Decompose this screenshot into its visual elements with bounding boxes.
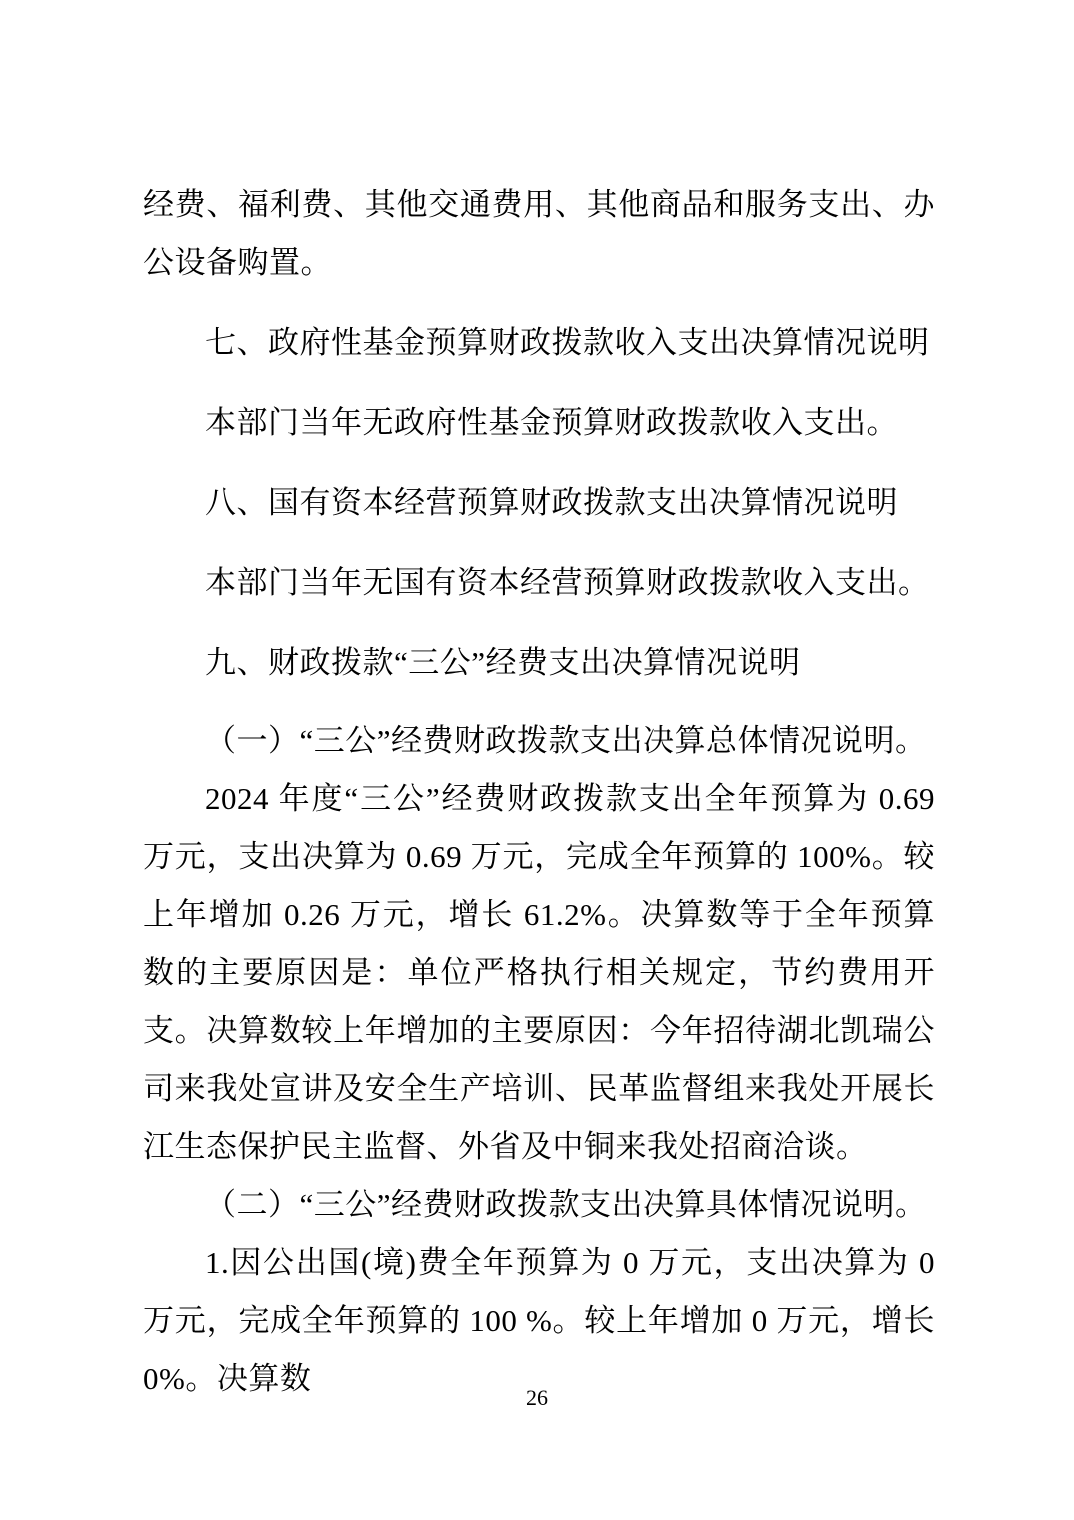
document-body: 经费、福利费、其他交通费用、其他商品和服务支出、办公设备购置。 七、政府性基金预…	[143, 176, 935, 1408]
paragraph-continuation: 经费、福利费、其他交通费用、其他商品和服务支出、办公设备购置。	[143, 176, 935, 292]
paragraph-section-7-body: 本部门当年无政府性基金预算财政拨款收入支出。	[143, 394, 935, 452]
heading-section-7: 七、政府性基金预算财政拨款收入支出决算情况说明	[143, 314, 935, 372]
document-page: 经费、福利费、其他交通费用、其他商品和服务支出、办公设备购置。 七、政府性基金预…	[0, 0, 1074, 1520]
paragraph-subsection-2-item-1: 1.因公出国(境)费全年预算为 0 万元，支出决算为 0 万元，完成全年预算的 …	[143, 1234, 935, 1408]
page-number: 26	[0, 1384, 1074, 1412]
heading-section-9: 九、财政拨款“三公”经费支出决算情况说明	[143, 634, 935, 692]
paragraph-subsection-1-body: 2024 年度“三公”经费财政拨款支出全年预算为 0.69 万元，支出决算为 0…	[143, 770, 935, 1176]
heading-section-8: 八、国有资本经营预算财政拨款支出决算情况说明	[143, 474, 935, 532]
paragraph-section-8-body: 本部门当年无国有资本经营预算财政拨款收入支出。	[143, 554, 935, 612]
heading-subsection-1: （一）“三公”经费财政拨款支出决算总体情况说明。	[143, 712, 935, 770]
heading-subsection-2: （二）“三公”经费财政拨款支出决算具体情况说明。	[143, 1176, 935, 1234]
